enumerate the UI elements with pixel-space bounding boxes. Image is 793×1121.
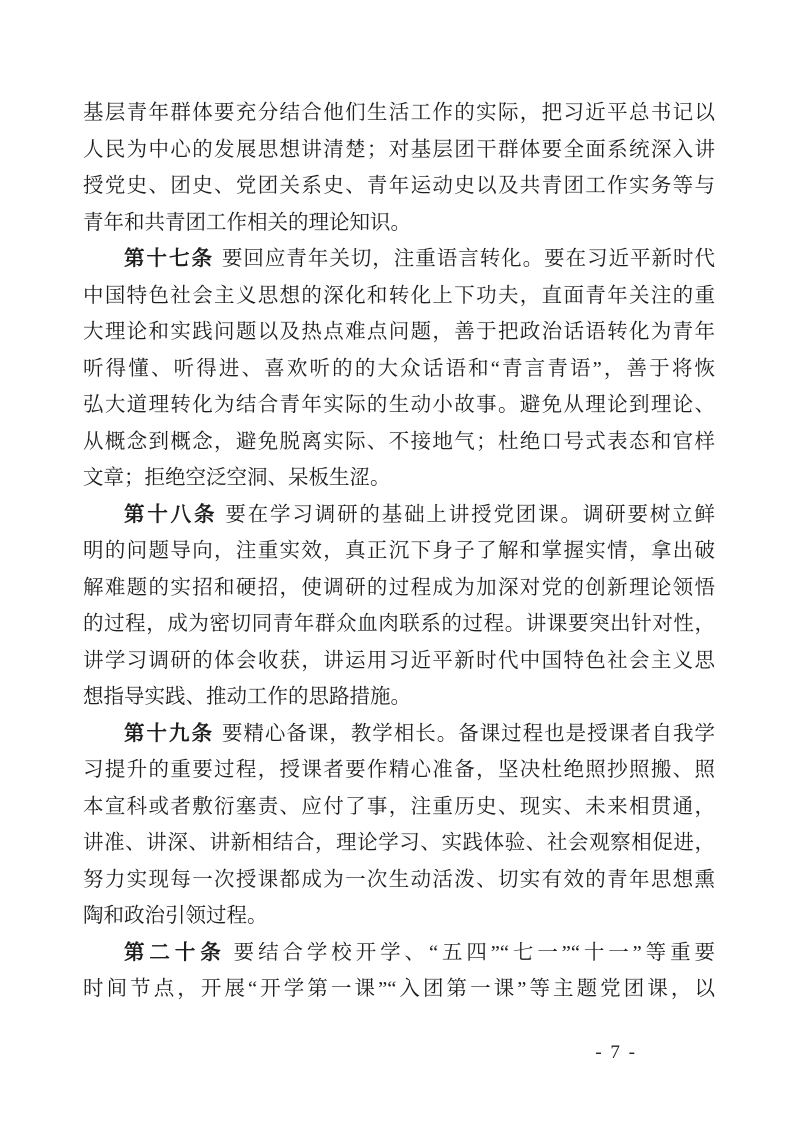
page-number: - 7 - <box>595 1042 637 1064</box>
text-line: 第十八条要在学习调研的基础上讲授党团课。调研要树立鲜 <box>83 497 715 534</box>
text-line: 努力实现每一次授课都成为一次生动活泼、切实有效的青年思想熏 <box>83 862 715 899</box>
text-run: 要结合学校开学、“五四”“七一”“十一”等重要 <box>234 942 715 964</box>
text-line: 青年和共青团工作相关的理论知识。 <box>83 205 715 242</box>
text-line: 讲准、讲深、讲新相结合，理论学习、实践体验、社会观察相促进， <box>83 825 715 862</box>
text-line: 第十九条要精心备课，教学相长。备课过程也是授课者自我学 <box>83 716 715 753</box>
text-line: 人民为中心的发展思想讲清楚；对基层团干群体要全面系统深入讲 <box>83 132 715 169</box>
text-run: 要回应青年关切，注重语言转化。要在习近平新时代 <box>222 248 715 270</box>
text-line: 大理论和实践问题以及热点难点问题，善于把政治话语转化为青年 <box>83 314 715 351</box>
text-run: 要在学习调研的基础上讲授党团课。调研要树立鲜 <box>225 504 715 526</box>
article-number: 第十七条 <box>124 248 214 270</box>
text-line: 明的问题导向，注重实效，真正沉下身子了解和掌握实情，拿出破 <box>83 533 715 570</box>
text-line: 弘大道理转化为结合青年实际的生动小故事。避免从理论到理论、 <box>83 387 715 424</box>
paragraph: 基层青年群体要充分结合他们生活工作的实际，把习近平总书记以 人民为中心的发展思想… <box>83 95 715 241</box>
text-line: 的过程，成为密切同青年群众血肉联系的过程。讲课要突出针对性， <box>83 606 715 643</box>
article-number: 第十九条 <box>124 723 214 745</box>
text-line: 从概念到概念，避免脱离实际、不接地气；杜绝口号式表态和官样 <box>83 424 715 461</box>
document-body: 基层青年群体要充分结合他们生活工作的实际，把习近平总书记以 人民为中心的发展思想… <box>83 95 715 1008</box>
text-line: 授党史、团史、党团关系史、青年运动史以及共青团工作实务等与 <box>83 168 715 205</box>
paragraph-article-20: 第二十条要结合学校开学、“五四”“七一”“十一”等重要 时间节点，开展“开学第一… <box>83 935 715 1008</box>
text-line: 习提升的重要过程，授课者要作精心准备，坚决杜绝照抄照搬、照 <box>83 752 715 789</box>
article-number: 第二十条 <box>124 942 226 964</box>
text-line: 讲学习调研的体会收获，讲运用习近平新时代中国特色社会主义思 <box>83 643 715 680</box>
text-run: 要精心备课，教学相长。备课过程也是授课者自我学 <box>222 723 715 745</box>
text-line: 解难题的实招和硬招，使调研的过程成为加深对党的创新理论领悟 <box>83 570 715 607</box>
article-number: 第十八条 <box>124 504 217 526</box>
text-line: 陶和政治引领过程。 <box>83 898 715 935</box>
document-page: 基层青年群体要充分结合他们生活工作的实际，把习近平总书记以 人民为中心的发展思想… <box>0 0 793 1121</box>
text-line: 时间节点，开展“开学第一课”“入团第一课”等主题党团课，以 <box>83 971 715 1008</box>
text-line: 文章；拒绝空泛空洞、呆板生涩。 <box>83 460 715 497</box>
paragraph-article-18: 第十八条要在学习调研的基础上讲授党团课。调研要树立鲜 明的问题导向，注重实效，真… <box>83 497 715 716</box>
paragraph-article-17: 第十七条要回应青年关切，注重语言转化。要在习近平新时代 中国特色社会主义思想的深… <box>83 241 715 497</box>
text-line: 中国特色社会主义思想的深化和转化上下功夫，直面青年关注的重 <box>83 278 715 315</box>
text-line: 听得懂、听得进、喜欢听的的大众话语和“青言青语”，善于将恢 <box>83 351 715 388</box>
text-line: 本宣科或者敷衍塞责、应付了事，注重历史、现实、未来相贯通， <box>83 789 715 826</box>
text-line: 第二十条要结合学校开学、“五四”“七一”“十一”等重要 <box>83 935 715 972</box>
text-line: 想指导实践、推动工作的思路措施。 <box>83 679 715 716</box>
text-line: 基层青年群体要充分结合他们生活工作的实际，把习近平总书记以 <box>83 95 715 132</box>
text-line: 第十七条要回应青年关切，注重语言转化。要在习近平新时代 <box>83 241 715 278</box>
paragraph-article-19: 第十九条要精心备课，教学相长。备课过程也是授课者自我学 习提升的重要过程，授课者… <box>83 716 715 935</box>
